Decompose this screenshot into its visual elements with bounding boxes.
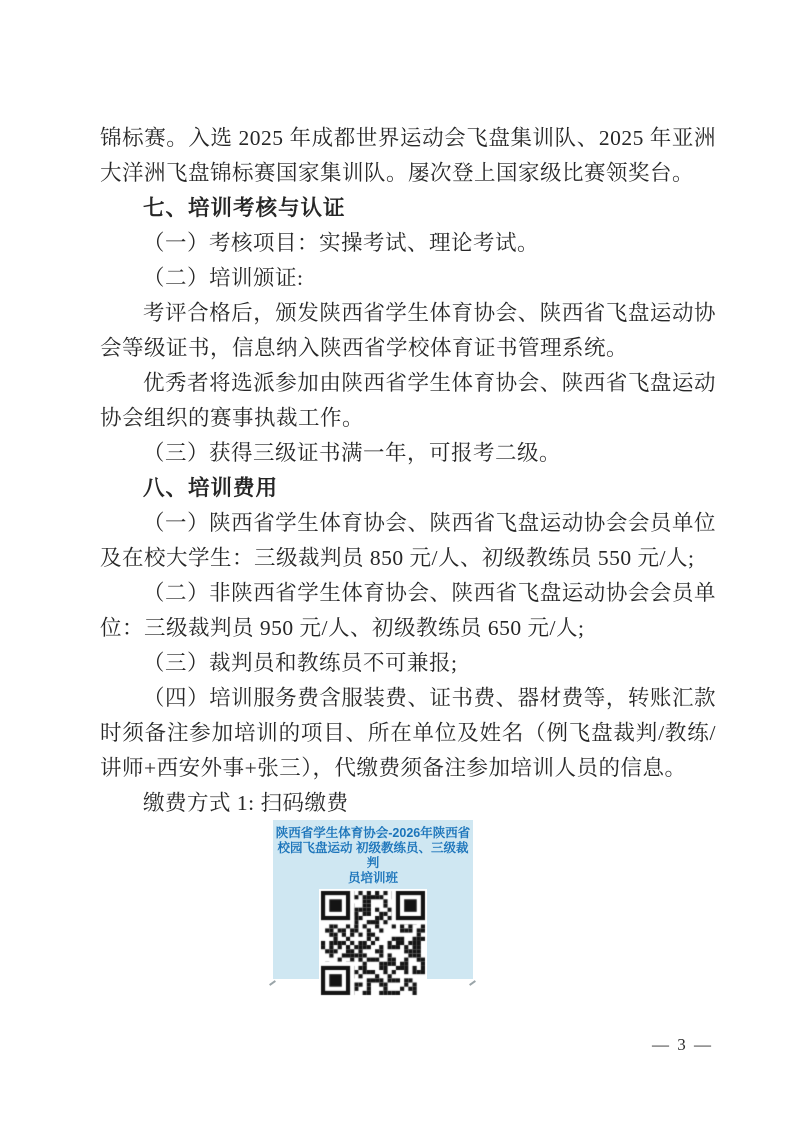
payment-qr-panel: 陕西省学生体育协会-2026年陕西省 校园飞盘运动 初级教练员、三级裁判 员培训… <box>273 820 473 979</box>
body-line: （二）非陕西省学生体育协会、陕西省飞盘运动协会会员单 <box>100 576 716 611</box>
payment-method-line: 缴费方式 1: 扫码缴费 <box>100 786 716 821</box>
body-line: （一）陕西省学生体育协会、陕西省飞盘运动协会会员单位 <box>100 506 716 541</box>
body-line: 锦标赛。入选 2025 年成都世界运动会飞盘集训队、2025 年亚洲 <box>100 121 716 156</box>
qr-panel-title: 陕西省学生体育协会-2026年陕西省 校园飞盘运动 初级教练员、三级裁判 员培训… <box>273 820 473 886</box>
body-line: （三）裁判员和教练员不可兼报; <box>100 646 716 681</box>
body-line: 时须备注参加培训的项目、所在单位及姓名（例飞盘裁判/教练/ <box>100 716 716 751</box>
body-line: 协会组织的赛事执裁工作。 <box>100 401 716 436</box>
body-line: 及在校大学生：三级裁判员 850 元/人、初级教练员 550 元/人; <box>100 541 716 576</box>
qr-title-line: 员培训班 <box>273 871 473 886</box>
section-7-heading: 七、培训考核与认证 <box>100 191 716 226</box>
body-line: 优秀者将选派参加由陕西省学生体育协会、陕西省飞盘运动 <box>100 366 716 401</box>
body-line: （二）培训颁证: <box>100 261 716 296</box>
qr-title-line: 校园飞盘运动 初级教练员、三级裁判 <box>273 841 473 871</box>
body-line: 讲师+西安外事+张三），代缴费须备注参加培训人员的信息。 <box>100 751 716 786</box>
page-number: — 3 — <box>652 1035 713 1055</box>
qr-code-image <box>319 889 427 997</box>
body-line: 位：三级裁判员 950 元/人、初级教练员 650 元/人; <box>100 611 716 646</box>
body-line: （一）考核项目：实操考试、理论考试。 <box>100 226 716 261</box>
body-line: （四）培训服务费含服装费、证书费、器材费等，转账汇款 <box>100 681 716 716</box>
document-page: 锦标赛。入选 2025 年成都世界运动会飞盘集训队、2025 年亚洲 大洋洲飞盘… <box>0 0 800 1131</box>
document-body: 锦标赛。入选 2025 年成都世界运动会飞盘集训队、2025 年亚洲 大洋洲飞盘… <box>100 121 716 821</box>
body-line: （三）获得三级证书满一年，可报考二级。 <box>100 436 716 471</box>
body-line: 会等级证书，信息纳入陕西省学校体育证书管理系统。 <box>100 331 716 366</box>
section-8-heading: 八、培训费用 <box>100 471 716 506</box>
body-line: 考评合格后，颁发陕西省学生体育协会、陕西省飞盘运动协 <box>100 296 716 331</box>
qr-title-line: 陕西省学生体育协会-2026年陕西省 <box>273 826 473 841</box>
body-line: 大洋洲飞盘锦标赛国家集训队。屡次登上国家级比赛领奖台。 <box>100 156 716 191</box>
